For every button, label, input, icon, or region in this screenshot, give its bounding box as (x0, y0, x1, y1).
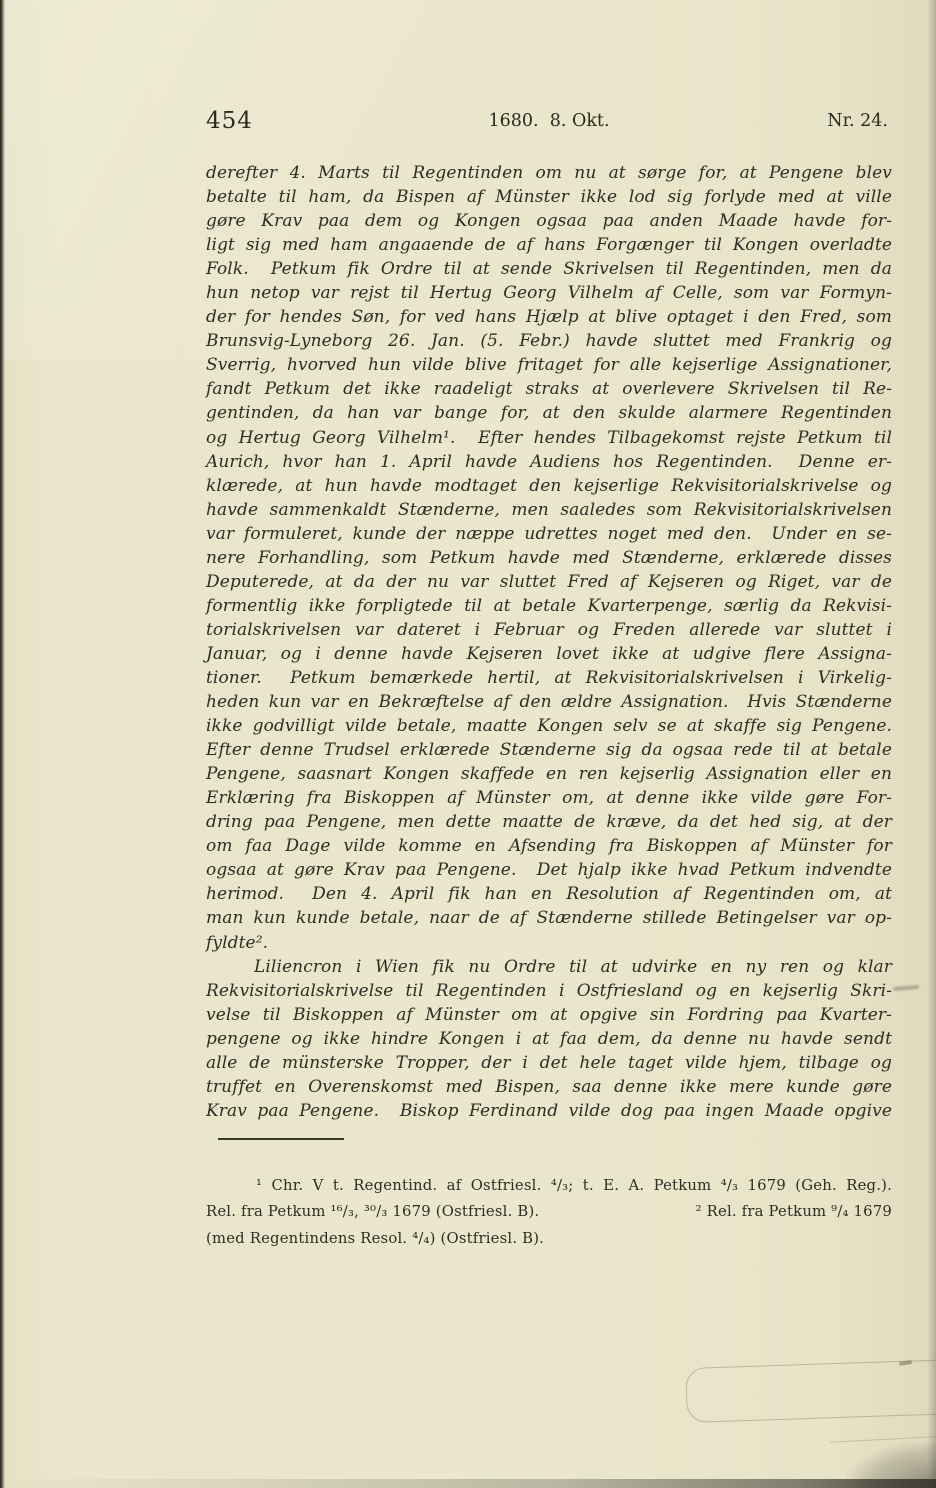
footnote-separator (218, 1138, 344, 1140)
text-line: gøre Krav paa dem og Kongen ogsaa paa an… (206, 209, 892, 233)
text-line: hun netop var rejst til Hertug Georg Vil… (206, 281, 892, 305)
text-line: formentlig ikke forpligtede til at betal… (206, 594, 892, 618)
text-line: var formuleret, kunde der næppe udrettes… (206, 522, 892, 546)
text-line: havde sammenkaldt Stænderne, men saalede… (206, 498, 892, 522)
text-line: ogsaa at gøre Krav paa Pengene. Det hjal… (206, 858, 892, 882)
running-header: 454 1680. 8. Okt. Nr. 24. (206, 108, 892, 138)
footnotes: ¹ Chr. V t. Regentind. af Ostfriesl. ⁴/₃… (206, 1173, 892, 1252)
text-line: Liliencron i Wien fik nu Ordre til at ud… (206, 955, 892, 979)
text-line: heden kun var en Bekræftelse af den ældr… (206, 690, 892, 714)
page-edge-right (927, 0, 936, 1488)
corner-shadow (846, 1442, 936, 1488)
text-line: om faa Dage vilde komme en Afsending fra… (206, 834, 892, 858)
text-line: Deputerede, at da der nu var sluttet Fre… (206, 570, 892, 594)
text-line: dring paa Pengene, men dette maatte de k… (206, 810, 892, 834)
paragraph-1: derefter 4. Marts til Regentinden om nu … (206, 161, 892, 955)
facing-page-impression (685, 1358, 936, 1423)
page-edge-left (0, 0, 5, 1488)
text-line: Januar, og i denne havde Kejseren lovet … (206, 642, 892, 666)
header-date: 1680. 8. Okt. (206, 111, 892, 131)
text-line: ikke godvilligt vilde betale, maatte Kon… (206, 714, 892, 738)
text-line: velse til Biskoppen af Münster om at opg… (206, 1003, 892, 1027)
footnote-line: (med Regentindens Resol. ⁴/₄) (Ostfriesl… (206, 1226, 892, 1252)
text-line: og Hertug Georg Vilhelm¹. Efter hendes T… (206, 426, 892, 450)
text-line: Krav paa Pengene. Biskop Ferdinand vilde… (206, 1099, 892, 1123)
text-line: torialskrivelsen var dateret i Februar o… (206, 618, 892, 642)
text-line: fandt Petkum det ikke raadeligt straks a… (206, 377, 892, 401)
text-line: herimod. Den 4. April fik han en Resolut… (206, 882, 892, 906)
paragraph-2: Liliencron i Wien fik nu Ordre til at ud… (206, 955, 892, 1123)
footnote-2-start: ² Rel. fra Petkum ⁹/₄ 1679 (696, 1199, 892, 1225)
text-line: betalte til ham, da Bispen af Münster ik… (206, 185, 892, 209)
footnote-line: ¹ Chr. V t. Regentind. af Ostfriesl. ⁴/₃… (206, 1173, 892, 1199)
text-line: Brunsvig-Lyneborg 26. Jan. (5. Febr.) ha… (206, 329, 892, 353)
bottom-edge-shadow (0, 1479, 936, 1488)
text-line: Erklæring fra Biskoppen af Münster om, a… (206, 786, 892, 810)
body-text: derefter 4. Marts til Regentinden om nu … (206, 161, 892, 1123)
text-line: der for hendes Søn, for ved hans Hjælp a… (206, 305, 892, 329)
text-line: Aurich, hvor han 1. April havde Audiens … (206, 450, 892, 474)
footnote-line: Rel. fra Petkum ¹⁶/₃, ³⁰/₃ 1679 (Ostfrie… (206, 1199, 892, 1225)
text-line: Rekvisitorialskrivelse til Regentinden i… (206, 979, 892, 1003)
text-line: man kun kunde betale, naar de af Stænder… (206, 906, 892, 930)
text-line: derefter 4. Marts til Regentinden om nu … (206, 161, 892, 185)
book-page: 454 1680. 8. Okt. Nr. 24. derefter 4. Ma… (0, 0, 936, 1488)
text-line: tioner. Petkum bemærkede hertil, at Rekv… (206, 666, 892, 690)
text-line: Folk. Petkum fik Ordre til at sende Skri… (206, 257, 892, 281)
smudge-mark (893, 985, 919, 991)
text-line: truffet en Overenskomst med Bispen, saa … (206, 1075, 892, 1099)
text-line: Sverrig, hvorved hun vilde blive fritage… (206, 353, 892, 377)
header-document-number: Nr. 24. (827, 111, 888, 131)
text-line: ligt sig med ham angaaende de af hans Fo… (206, 233, 892, 257)
text-line: pengene og ikke hindre Kongen i at faa d… (206, 1027, 892, 1051)
text-line: Pengene, saasnart Kongen skaffede en ren… (206, 762, 892, 786)
text-line: alle de münsterske Tropper, der i det he… (206, 1051, 892, 1075)
footnote-1-continuation: Rel. fra Petkum ¹⁶/₃, ³⁰/₃ 1679 (Ostfrie… (206, 1199, 539, 1225)
text-line: Efter denne Trudsel erklærede Stænderne … (206, 738, 892, 762)
text-line: klærede, at hun havde modtaget den kejse… (206, 474, 892, 498)
text-line: gentinden, da han var bange for, at den … (206, 401, 892, 425)
text-line: fyldte². (206, 931, 892, 955)
text-line: nere Forhandling, som Petkum havde med S… (206, 546, 892, 570)
